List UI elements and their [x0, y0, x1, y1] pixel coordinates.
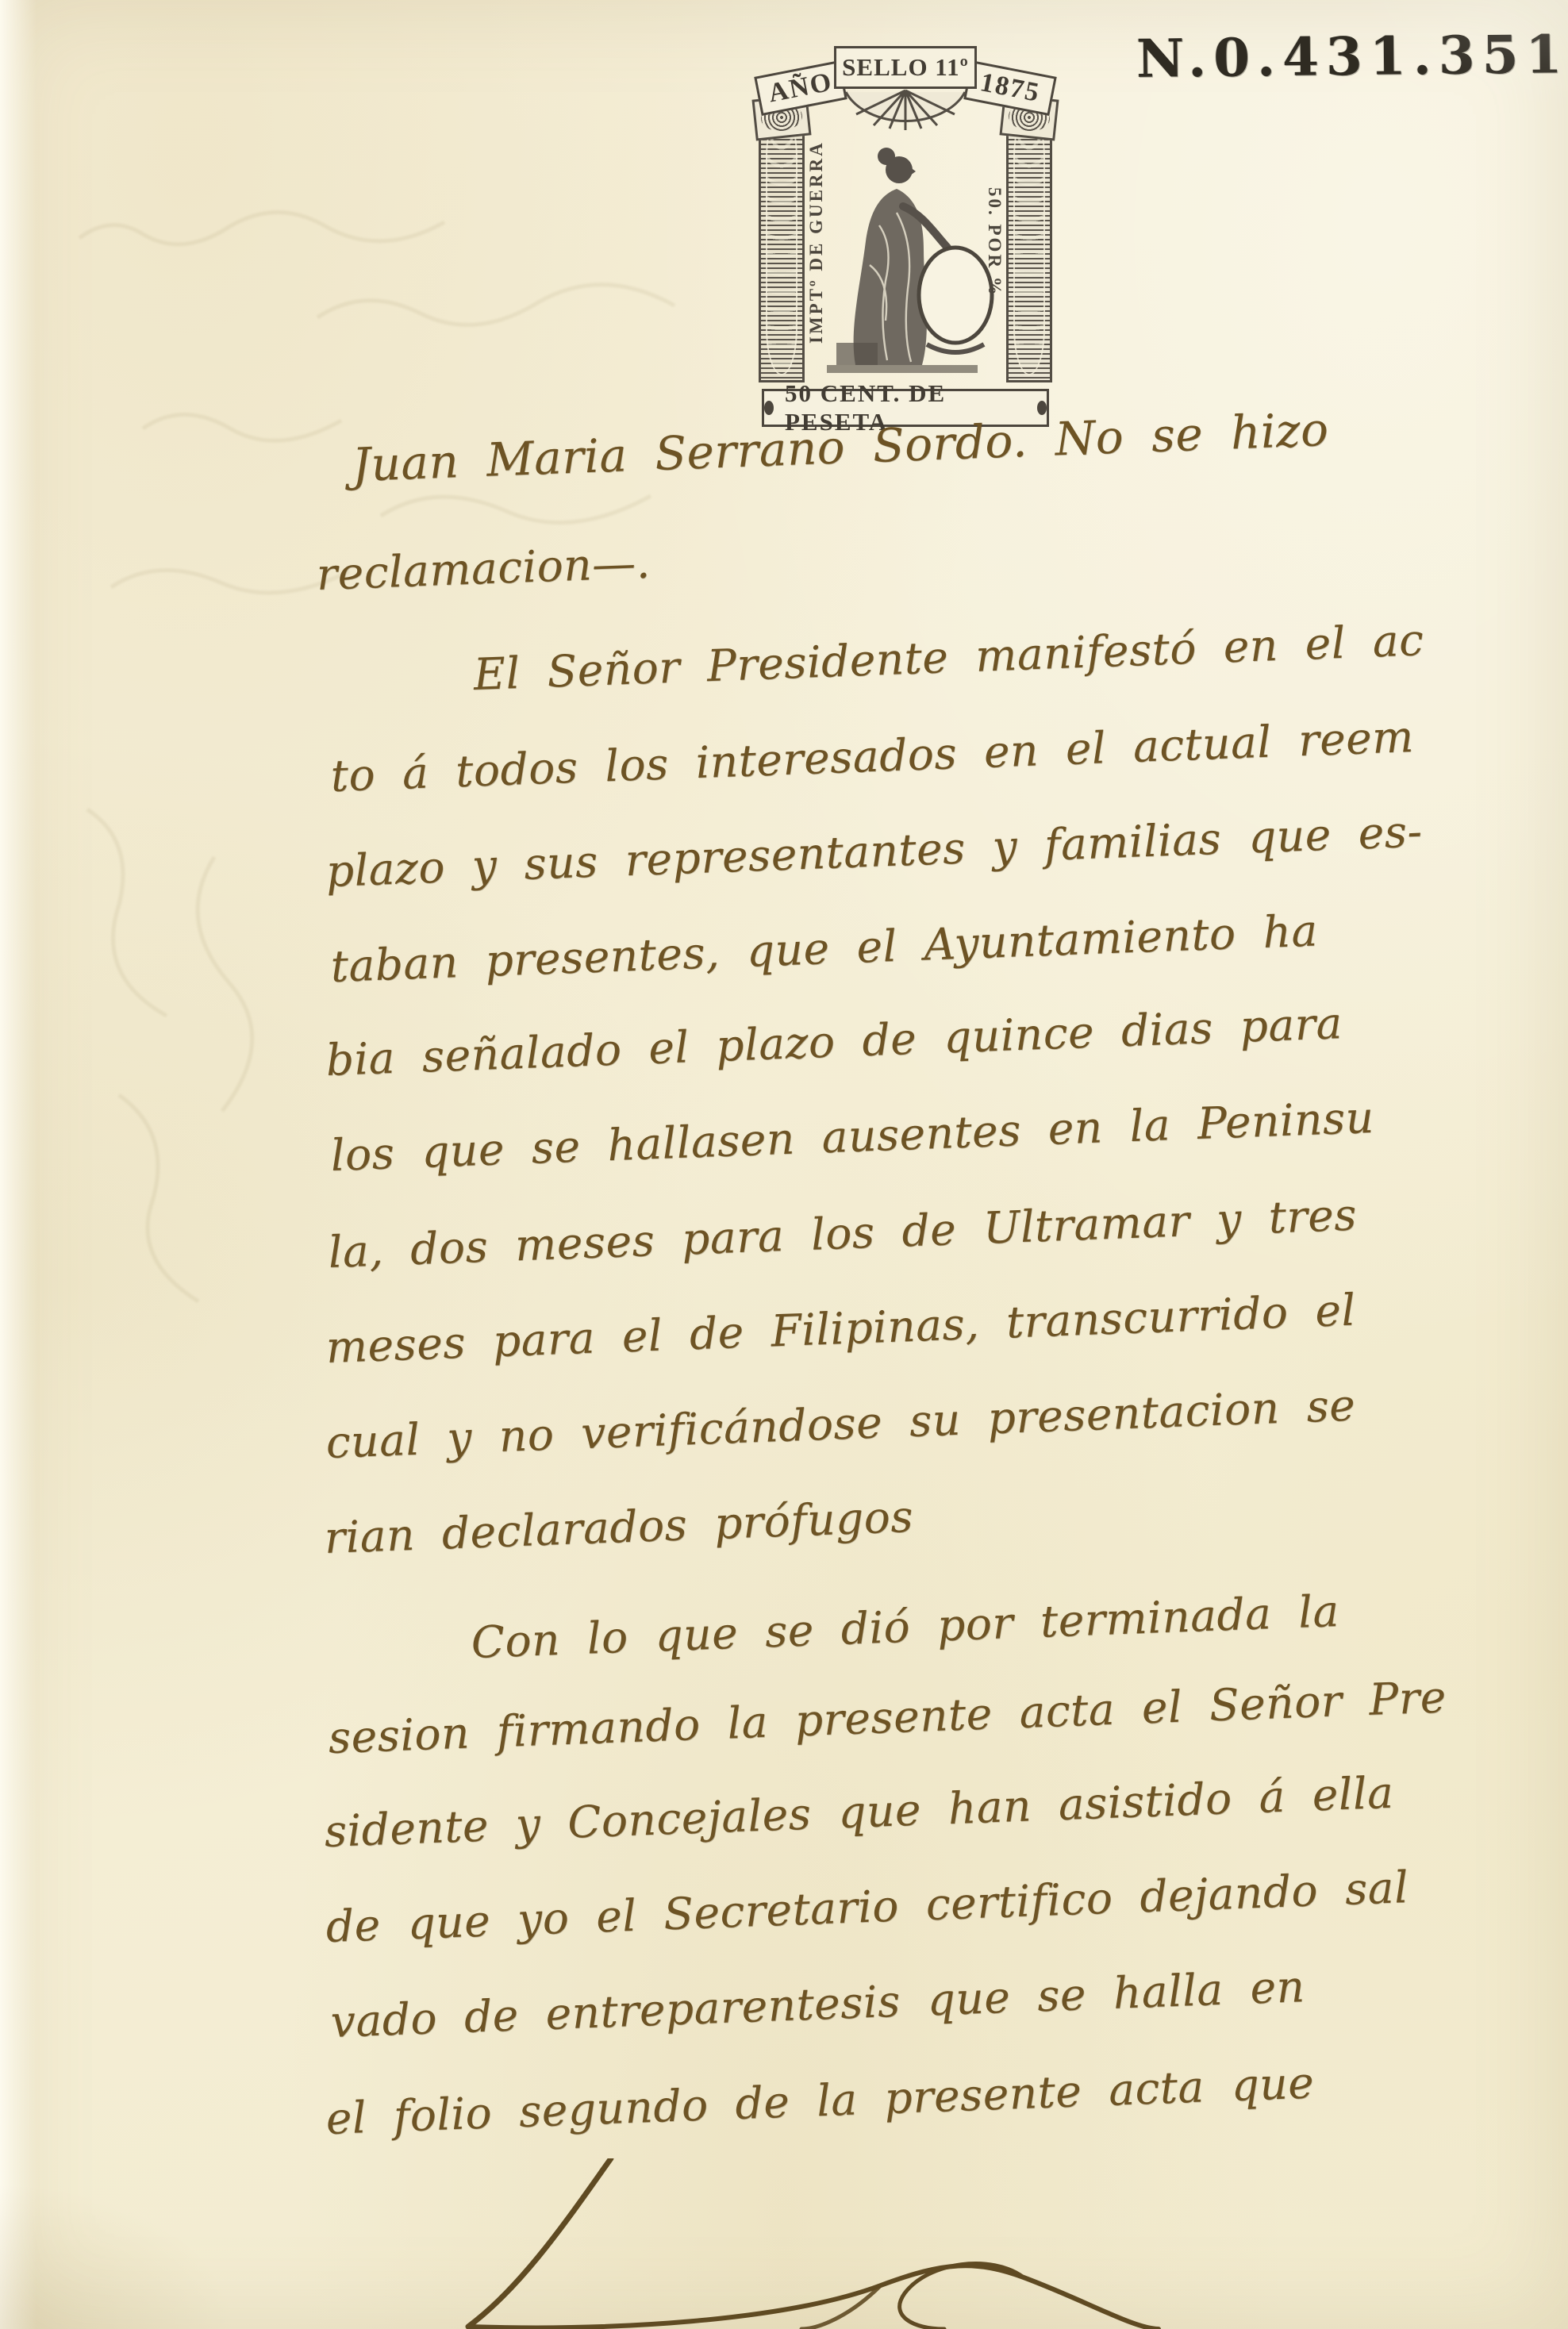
stamp-percent-label: 50. POR % — [984, 143, 1005, 341]
manuscript-line: de que yo el Secretario certifico dejand… — [325, 1862, 1409, 1952]
stamp-sello-banner: SELLO 11º — [834, 46, 977, 89]
show-through-marks-left — [56, 762, 341, 1317]
stamp-vignette — [803, 130, 1008, 386]
manuscript-page: N.0.431.351 AÑO 1875 SELLO 11º — [0, 0, 1568, 2329]
stamp-fan-ornament — [838, 87, 973, 135]
stamp-tax-label: IMPTº DE GUERRA — [806, 143, 827, 341]
stamp-year-banner: 1875 — [963, 60, 1057, 116]
manuscript-line: taban presentes, que el Ayuntamiento ha — [330, 905, 1319, 992]
manuscript-line: to á todos los interesados en el actual … — [330, 711, 1415, 801]
manuscript-line: vado de entreparentesis que se halla en — [330, 1961, 1306, 2047]
stamp-left-column-ornament — [766, 110, 797, 375]
manuscript-line: sesion firmando la presente acta el Seño… — [328, 1671, 1447, 1763]
manuscript-line: bia señalado el plazo de quince dias par… — [325, 997, 1343, 1086]
manuscript-line: la, dos meses para los de Ultramar y tre… — [328, 1189, 1358, 1278]
manuscript-line: sidente y Concejales que han asistido á … — [324, 1767, 1395, 1857]
manuscript-line: rian declarados prófugos — [324, 1491, 914, 1563]
flourish-rubric — [373, 2158, 1214, 2329]
stamp-left-column — [759, 103, 805, 382]
manuscript-line: cual y no verificándose su presentacion … — [325, 1379, 1357, 1468]
stamp-right-column — [1006, 103, 1052, 382]
manuscript-line: el folio segundo de la presente acta que — [325, 2057, 1316, 2144]
manuscript-line: los que se hallasen ausentes en la Penin… — [330, 1092, 1375, 1181]
manuscript-line: Con lo que se dió por terminada la — [471, 1585, 1340, 1668]
stamp-right-column-ornament — [1013, 110, 1045, 375]
revenue-stamp: AÑO 1875 SELLO 11º — [755, 41, 1055, 438]
manuscript-line: reclamacion—. — [316, 537, 651, 600]
serial-number-stamp: N.0.431.351 — [1136, 23, 1568, 90]
manuscript-line: meses para el de Filipinas, transcurrido… — [325, 1284, 1357, 1373]
manuscript-line: El Señor Presidente manifestó en el ac — [473, 614, 1425, 700]
seated-figure-icon — [803, 130, 1008, 386]
stamp-denomination-left-dot — [764, 401, 774, 415]
manuscript-line: plazo y sus representantes y familias qu… — [325, 805, 1424, 897]
